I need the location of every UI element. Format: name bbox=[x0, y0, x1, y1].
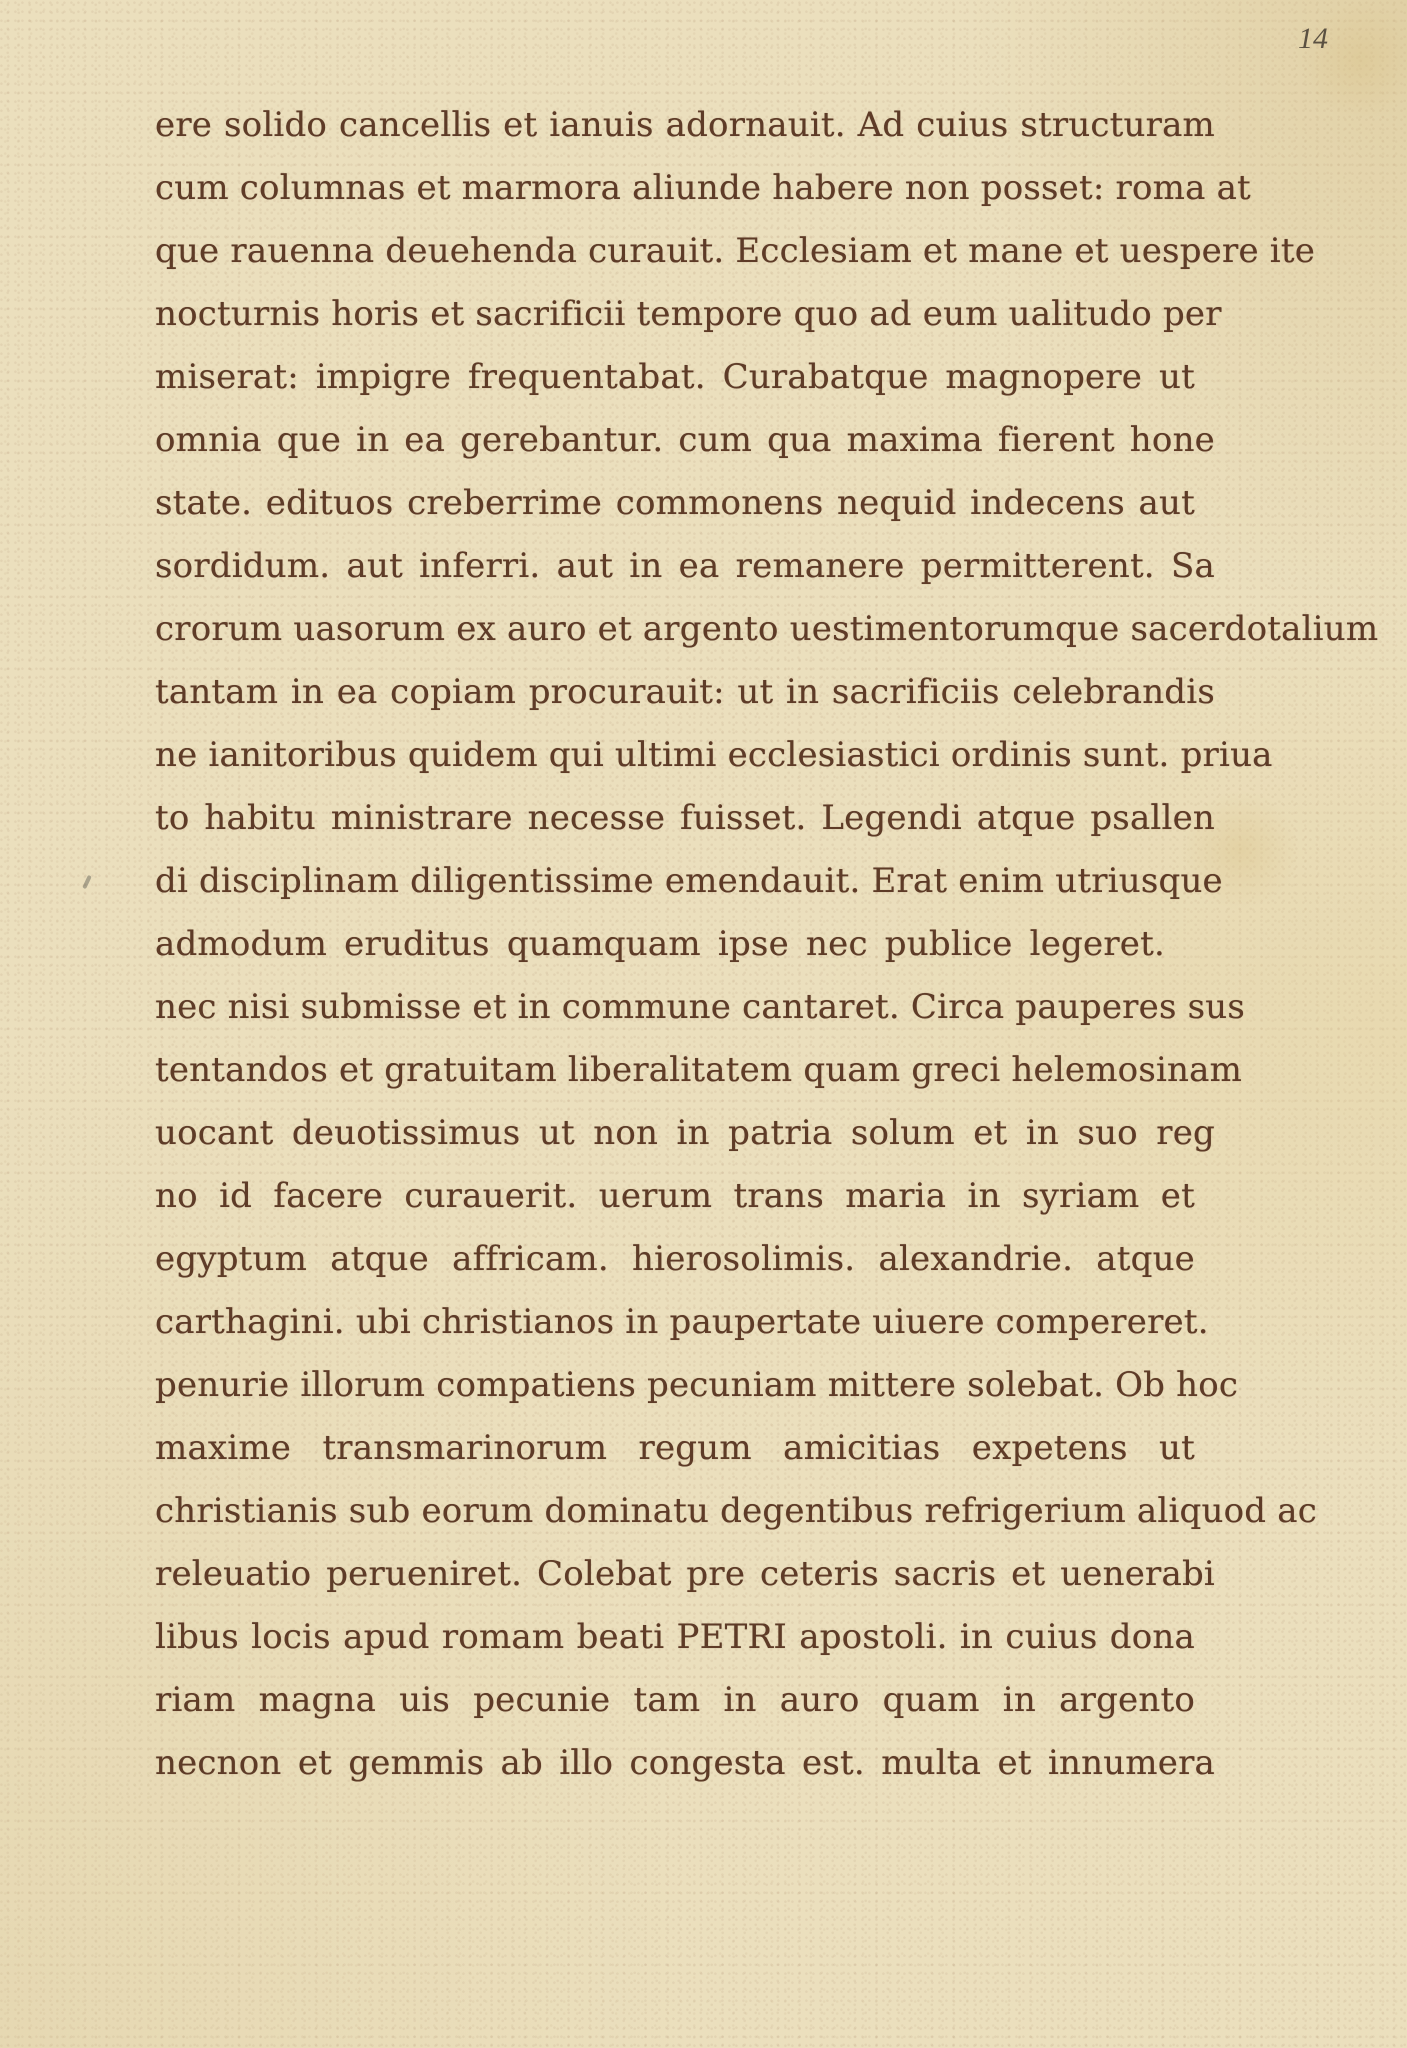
margin-speck bbox=[82, 875, 92, 889]
text-line: penurie illorum compatiens pecuniam mitt… bbox=[155, 1354, 1215, 1417]
text-line: egyptum atque affricam. hierosolimis. al… bbox=[155, 1228, 1195, 1291]
text-line: sordidum. aut inferri. aut in ea remaner… bbox=[155, 535, 1215, 598]
text-line: di disciplinam diligentissime emendauit.… bbox=[155, 850, 1195, 913]
text-line: que rauenna deuehenda curauit. Ecclesiam… bbox=[155, 220, 1215, 283]
text-line: maxime transmarinorum regum amicitias ex… bbox=[155, 1417, 1195, 1480]
text-line: libus locis apud romam beati PETRI apost… bbox=[155, 1606, 1195, 1669]
text-line: to habitu ministrare necesse fuisset. Le… bbox=[155, 787, 1215, 850]
text-line: omnia que in ea gerebantur. cum qua maxi… bbox=[155, 409, 1215, 472]
parchment-stain bbox=[1300, 0, 1407, 120]
text-line: ne ianitoribus quidem qui ultimi ecclesi… bbox=[155, 724, 1195, 787]
text-line: miserat: impigre frequentabat. Curabatqu… bbox=[155, 346, 1195, 409]
text-line: admodum eruditus quamquam ipse nec publi… bbox=[155, 913, 1165, 976]
text-line: carthagini. ubi christianos in paupertat… bbox=[155, 1291, 1165, 1354]
text-line: tantam in ea copiam procurauit: ut in sa… bbox=[155, 661, 1215, 724]
text-line: christianis sub eorum dominatu degentibu… bbox=[155, 1480, 1195, 1543]
text-line: nec nisi submisse et in commune cantaret… bbox=[155, 976, 1195, 1039]
text-line: necnon et gemmis ab illo congesta est. m… bbox=[155, 1732, 1215, 1795]
text-line: state. edituos creberrime commonens nequ… bbox=[155, 472, 1195, 535]
text-line: uocant deuotissimus ut non in patria sol… bbox=[155, 1102, 1215, 1165]
text-line: releuatio perueniret. Colebat pre ceteri… bbox=[155, 1543, 1215, 1606]
manuscript-text-block: ere solido cancellis et ianuis adornauit… bbox=[155, 94, 1215, 1795]
text-line: cum columnas et marmora aliunde habere n… bbox=[155, 157, 1215, 220]
text-line: crorum uasorum ex auro et argento uestim… bbox=[155, 598, 1195, 661]
text-line: tentandos et gratuitam liberalitatem qua… bbox=[155, 1039, 1195, 1102]
text-line: nocturnis horis et sacrificii tempore qu… bbox=[155, 283, 1215, 346]
text-line: no id facere curauerit. uerum trans mari… bbox=[155, 1165, 1195, 1228]
text-line: riam magna uis pecunie tam in auro quam … bbox=[155, 1669, 1195, 1732]
folio-number: 14 bbox=[1298, 22, 1328, 56]
text-line: ere solido cancellis et ianuis adornauit… bbox=[155, 94, 1215, 157]
